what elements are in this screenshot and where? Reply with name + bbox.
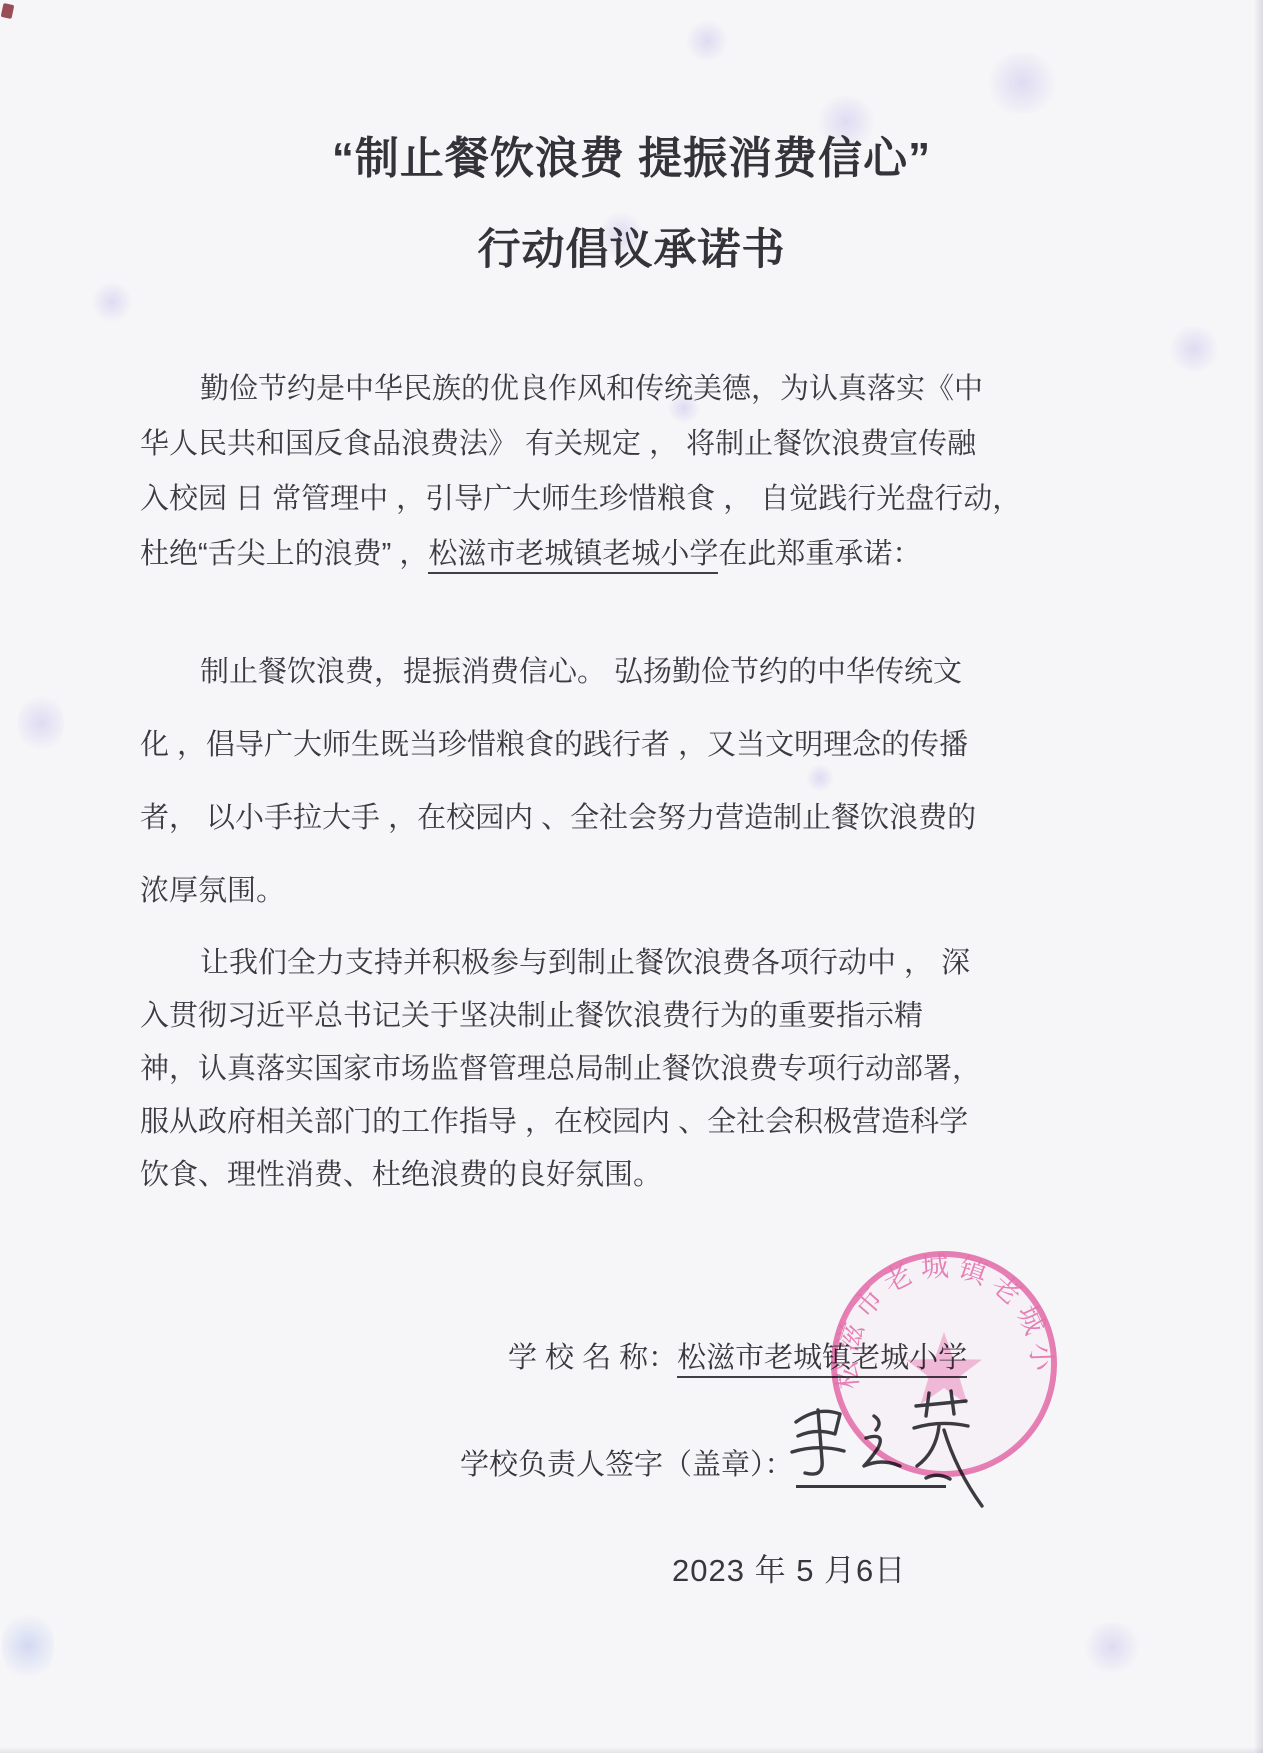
paragraph-opening: 勤俭节约是中华民族的优良作风和传统美德，为认真落实《中 华人民共和国反食品浪费法… (140, 362, 1000, 582)
principal-signature-label: 学校负责人签字（盖章）： (460, 1449, 794, 1481)
school-name-inline-underlined: 松滋市老城镇老城小学 (428, 538, 718, 574)
signature-stroke (926, 1475, 950, 1479)
body-line: 让我们全力支持并积极参与到制止餐饮浪费各项行动中 ， 深 (140, 937, 1000, 990)
signature-stroke (926, 1393, 929, 1416)
body-line: 服从政府相关部门的工作指导 ，在校园内 、全社会积极营造科学 (140, 1096, 1000, 1149)
scan-smudge (18, 692, 64, 754)
paragraph-action: 让我们全力支持并积极参与到制止餐饮浪费各项行动中 ， 深 入贯彻习近平总书记关于… (140, 937, 1000, 1202)
line4-prefix: 杜绝“舌尖上的浪费” ， (140, 538, 428, 570)
scan-smudge (2, 1608, 54, 1684)
signature-stroke (916, 1401, 966, 1406)
body-line: 饮食、理性消费、杜绝浪费的良好氛围。 (140, 1149, 1000, 1202)
scan-smudge (686, 20, 728, 62)
body-line: 勤俭节约是中华民族的优良作风和传统美德，为认真落实《中 (140, 362, 1000, 417)
scan-corner-mark (1, 3, 15, 19)
scan-smudge (92, 282, 132, 322)
date-line: 2023 年 5 月6日 (672, 1545, 906, 1590)
handwritten-signature (778, 1380, 993, 1520)
body-line: 浓厚氛围。 (140, 855, 1000, 928)
body-line: 神，认真落实国家市场监督管理总局制止餐饮浪费专项行动部署， (140, 1043, 1000, 1096)
signature-stroke (914, 1423, 968, 1428)
body-line: 杜绝“舌尖上的浪费” ，松滋市老城镇老城小学在此郑重承诺： (140, 527, 1000, 582)
body-line: 化 ，倡导广大师生既当珍惜粮食的践行者 ，又当文明理念的传播 (140, 709, 1000, 782)
document-subtitle: 行动倡议承诺书 (0, 222, 1263, 278)
body-line: 入贯彻习近平总书记关于坚决制止餐饮浪费行为的重要指示精 (140, 990, 1000, 1043)
signature-stroke (792, 1448, 844, 1452)
scan-edge-shadow (0, 1747, 1263, 1753)
document-title: “制止餐饮浪费 提振消费信心” (0, 130, 1263, 188)
scan-smudge (985, 52, 1059, 114)
signature-stroke (951, 1391, 954, 1414)
signature-stroke (917, 1426, 939, 1466)
body-line: 者， 以小手拉大手 ，在校园内 、全社会努力营造制止餐饮浪费的 (140, 782, 1000, 855)
line4-suffix: 在此郑重承诺： (718, 538, 921, 570)
scan-smudge (1168, 326, 1220, 372)
signature-stroke (805, 1410, 822, 1474)
signature-stroke (874, 1416, 879, 1430)
school-name-label: 学 校 名 称： (508, 1342, 677, 1374)
body-line: 入校园 日 常管理中 ，引导广大师生珍惜粮食 ， 自觉践行光盘行动， (140, 472, 1000, 527)
body-line: 华人民共和国反食品浪费法》 有关规定 ， 将制止餐饮浪费宣传融 (140, 417, 1000, 472)
signature-stroke (864, 1436, 900, 1466)
scan-smudge (1082, 1622, 1142, 1672)
body-line: 制止餐饮浪费，提振消费信心。 弘扬勤俭节约的中华传统文 (140, 636, 1000, 709)
paragraph-commitment: 制止餐饮浪费，提振消费信心。 弘扬勤俭节约的中华传统文 化 ，倡导广大师生既当珍… (140, 636, 1000, 928)
document-page: “制止餐饮浪费 提振消费信心” 行动倡议承诺书 勤俭节约是中华民族的优良作风和传… (0, 0, 1263, 1753)
signature-stroke (944, 1430, 982, 1506)
